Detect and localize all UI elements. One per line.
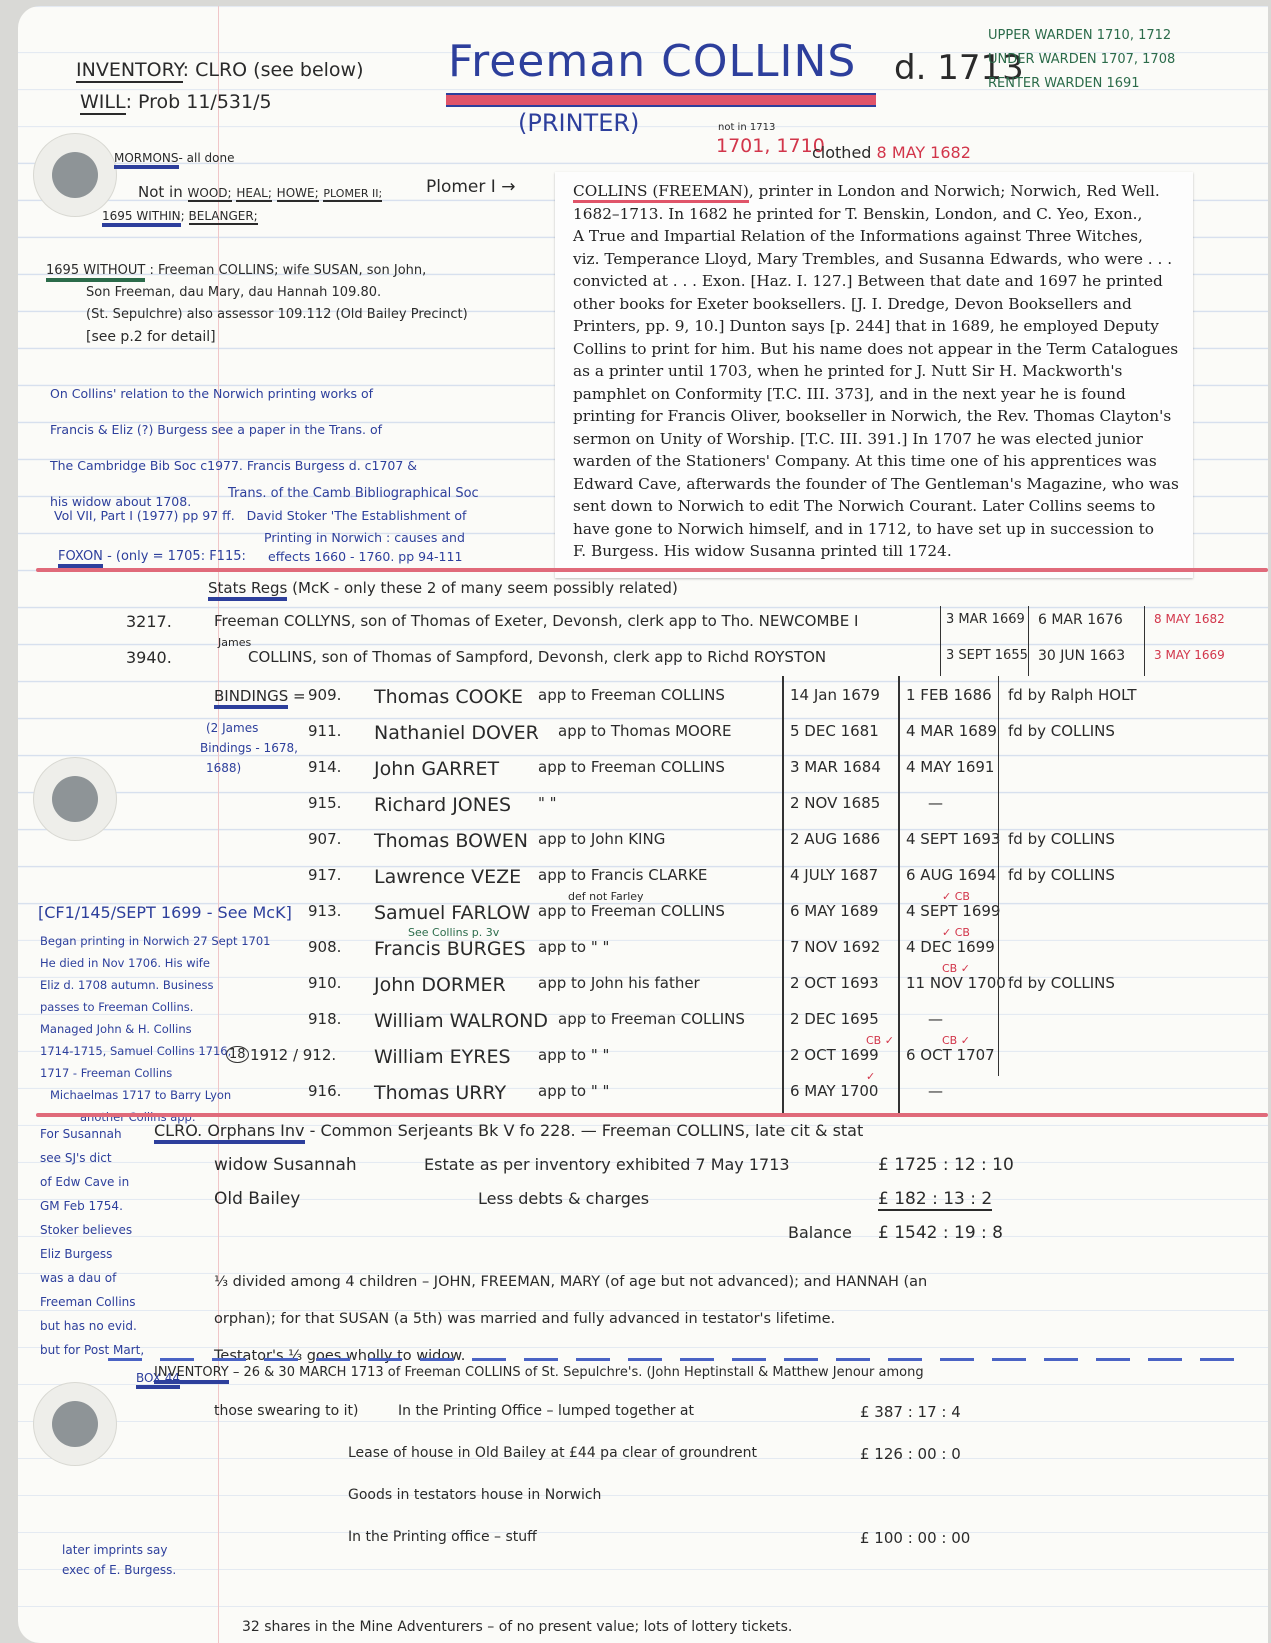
bound-date: 2 OCT 1699	[790, 1046, 879, 1064]
table-column-line	[898, 676, 900, 1114]
debts-label: Less debts & charges	[478, 1190, 649, 1208]
master-name: app to Freeman COLLINS	[538, 902, 725, 920]
clipping-line: sermon on Unity of Worship. [T.C. III. 3…	[573, 428, 1185, 451]
inventory-last-line: 32 shares in the Mine Adventurers – of n…	[242, 1620, 792, 1635]
clothed-label: clothed	[812, 143, 871, 162]
master-name: app to John KING	[538, 830, 665, 848]
apprentice-name: William EYRES	[374, 1046, 511, 1068]
freed-by-note: fd by Ralph HOLT	[1008, 686, 1137, 704]
title-first-name: Freeman	[448, 36, 646, 87]
binding-number: 909.	[308, 686, 341, 704]
master-name: app to Francis CLARKE	[538, 866, 707, 884]
clipping-line: other books for Exeter booksellers. [J. …	[573, 293, 1185, 316]
freed-date: 6 AUG 1694	[906, 866, 996, 884]
inventory-item-label: Lease of house in Old Bailey at £44 pa c…	[348, 1446, 757, 1461]
freed-date: 4 SEPT 1693	[906, 830, 1000, 848]
section-divider	[36, 568, 1268, 572]
balance-label: Balance	[788, 1224, 852, 1242]
binding-number: 916.	[308, 1082, 341, 1100]
clipping-head: COLLINS (FREEMAN)	[573, 182, 749, 203]
inventory-item-label: In the Printing office – stuff	[348, 1530, 537, 1545]
apprentice-name: William WALROND	[374, 1010, 548, 1032]
apprentice-name: Nathaniel DOVER	[374, 722, 539, 744]
bound-date: 6 MAY 1700	[790, 1082, 878, 1100]
printed-clipping: COLLINS (FREEMAN), printer in London and…	[555, 172, 1193, 578]
title-underline	[446, 93, 876, 107]
trans-reference-4: effects 1660 - 1760. pp 94-111	[268, 550, 462, 564]
table-column-line	[782, 676, 784, 1114]
will-ref: WILL: Prob 11/531/5	[80, 92, 272, 113]
inventory-heading: INVENTORY – 26 & 30 MARCH 1713 of Freema…	[154, 1366, 924, 1380]
freed-date: 1 FEB 1686	[906, 686, 992, 704]
bound-date: 3 MAR 1684	[790, 758, 881, 776]
reg-number: 3940.	[126, 648, 172, 667]
clothed-date: 8 MAY 1682	[877, 143, 971, 162]
inventory-item-label: Goods in testators house in Norwich	[348, 1488, 601, 1503]
bound-date: 7 NOV 1692	[790, 938, 880, 956]
warden-upper: UPPER WARDEN 1710, 1712	[988, 24, 1175, 48]
bound-date: 14 Jan 1679	[790, 686, 880, 704]
mormons-note: MORMONS- all done	[114, 152, 234, 165]
apprentice-name: John DORMER	[374, 974, 506, 996]
clipping-line: sent down to Norwich to edit The Norwich…	[573, 495, 1185, 518]
clipping-line: pamphlet on Conformity [T.C. III. 373], …	[573, 383, 1185, 406]
master-name: app to Thomas MOORE	[558, 722, 732, 740]
apprentice-name: Francis BURGES	[374, 938, 526, 960]
master-name: app to " "	[538, 1082, 609, 1100]
section-divider	[36, 1113, 1268, 1117]
binding-number: 907.	[308, 830, 341, 848]
apprentice-name: Samuel FARLOW	[374, 902, 530, 924]
apprentice-name: Thomas COOKE	[374, 686, 523, 708]
stats-regs-row: 3217.Freeman COLLYNS, son of Thomas of E…	[18, 612, 1268, 650]
freed-date: 6 OCT 1707	[906, 1046, 995, 1064]
clipping-line: Edward Cave, afterwards the founder of T…	[573, 473, 1185, 496]
bound-check-mark: CB ✓	[866, 1034, 894, 1047]
clipping-line: viz. Temperance Lloyd, Mary Trembles, an…	[573, 248, 1185, 271]
reg-correction: James	[218, 636, 251, 649]
bound-date: 4 JULY 1687	[790, 866, 878, 884]
master-name: app to " "	[538, 938, 609, 956]
clipping-line: printing for Francis Oliver, bookseller …	[573, 405, 1185, 428]
inventory-value: : CLRO (see below)	[183, 59, 364, 81]
clipping-line: Printers, pp. 9, 10.] Dunton says [p. 24…	[573, 315, 1185, 338]
imprints-side-note: later imprints say exec of E. Burgess.	[62, 1540, 176, 1580]
within-line: 1695 WITHIN; BELANGER;	[102, 210, 258, 223]
reg-entry: COLLINS, son of Thomas of Sampford, Devo…	[248, 648, 826, 666]
inventory-item-value: £ 100 : 00 : 00	[860, 1530, 970, 1547]
balance-value: £ 1542 : 19 : 8	[878, 1224, 1003, 1243]
binding-row: 914.John GARRETapp to Freeman COLLINS3 M…	[18, 758, 1268, 796]
bound-date: 5 DEC 1681	[790, 722, 879, 740]
apprentice-name: Richard JONES	[374, 794, 511, 816]
trans-reference: Trans. of the Camb Bibliographical Soc	[228, 484, 479, 504]
freed-date: 4 MAR 1689	[906, 722, 997, 740]
reg-clothed: 3 MAY 1669	[1154, 648, 1225, 662]
mormons-label: MORMONS	[114, 151, 179, 169]
not-in-sources: Not in WOOD; HEAL; HOWE; PLOMER II;	[138, 184, 382, 201]
reg-bound: 3 MAR 1669	[946, 612, 1025, 627]
punch-hole	[52, 1401, 98, 1447]
table-column-line	[940, 606, 941, 676]
wardens-list: UPPER WARDEN 1710, 1712 UNDER WARDEN 170…	[988, 24, 1175, 96]
without-note: 1695 WITHOUT : Freeman COLLINS; wife SUS…	[46, 260, 468, 348]
will-value: : Prob 11/531/5	[126, 91, 272, 113]
reg-clothed: 8 MAY 1682	[1154, 612, 1225, 626]
master-name: app to John his father	[538, 974, 700, 992]
orphans-heading: CLRO. Orphans Inv - Common Serjeants Bk …	[154, 1122, 863, 1140]
clipping-line: warden of the Stationers' Company. At th…	[573, 450, 1185, 473]
binding-number: 914.	[308, 758, 341, 776]
warden-under: UNDER WARDEN 1707, 1708	[988, 48, 1175, 72]
widow-name: widow Susannah	[214, 1156, 357, 1175]
freed-date: 4 DEC 1699	[906, 938, 995, 956]
binding-number: 910.	[308, 974, 341, 992]
binding-number: 908.	[308, 938, 341, 956]
bound-date: 2 AUG 1686	[790, 830, 880, 848]
freed-by-note: fd by COLLINS	[1008, 866, 1115, 884]
bound-date: 2 DEC 1695	[790, 1010, 879, 1028]
reg-entry: Freeman COLLYNS, son of Thomas of Exeter…	[214, 612, 858, 630]
freed-check-mark: CB ✓	[942, 1034, 970, 1047]
reg-freed: 30 JUN 1663	[1038, 648, 1125, 664]
apprentice-name: John GARRET	[374, 758, 499, 780]
apprentice-name: Thomas URRY	[374, 1082, 506, 1104]
estate-label: Estate as per inventory exhibited 7 May …	[424, 1156, 790, 1174]
freed-check-mark: CB ✓	[942, 962, 970, 975]
clipping-line: have gone to Norwich himself, and in 171…	[573, 518, 1185, 541]
table-column-line	[1144, 606, 1145, 676]
inventory-label: INVENTORY	[76, 59, 183, 83]
warden-renter: RENTER WARDEN 1691	[988, 72, 1175, 96]
binding-row: 911.Nathaniel DOVERapp to Thomas MOORE5 …	[18, 722, 1268, 760]
not-in-note: not in 1713	[718, 122, 775, 133]
stats-regs-heading: Stats Regs (McK - only these 2 of many s…	[208, 580, 678, 597]
clipping-body: 1682–1713. In 1682 he printed for T. Ben…	[555, 203, 1193, 563]
freed-date: —	[928, 1010, 943, 1028]
punch-hole	[52, 152, 98, 198]
freed-check-mark: ✓ CB	[942, 890, 970, 903]
foxon-note: FOXON - (only = 1705: F115:	[58, 550, 246, 564]
clipping-line: F. Burgess. His widow Susanna printed ti…	[573, 540, 1185, 563]
inventory-sworn: those swearing to it)	[214, 1404, 358, 1419]
inventory-item-value: £ 387 : 17 : 4	[860, 1404, 961, 1421]
binding-number: 915.	[308, 794, 341, 812]
bound-date: 2 OCT 1693	[790, 974, 879, 992]
table-column-line	[1028, 606, 1029, 676]
master-name: app to " "	[538, 1046, 609, 1064]
page-title: Freeman COLLINS	[448, 38, 856, 86]
master-name: app to Freeman COLLINS	[538, 686, 725, 704]
apprentice-name: Thomas BOWEN	[374, 830, 528, 852]
bound-date: 2 NOV 1685	[790, 794, 880, 812]
table-column-line	[998, 676, 999, 1076]
inventory-item-label: In the Printing Office – lumped together…	[398, 1404, 694, 1419]
title-surname: COLLINS	[661, 36, 856, 87]
clipping-line: convicted at . . . Exon. [Haz. I. 127.] …	[573, 270, 1185, 293]
trans-reference-2: Vol VII, Part I (1977) pp 97 ff. David S…	[54, 506, 466, 526]
reg-freed: 6 MAR 1676	[1038, 612, 1123, 628]
cf-note-heading: [CF1/145/SEPT 1699 - See McK]	[38, 904, 292, 922]
master-name: app to Freeman COLLINS	[558, 1010, 745, 1028]
freed-by-note: fd by COLLINS	[1008, 722, 1115, 740]
occupation: (PRINTER)	[518, 110, 639, 136]
bound-date: 6 MAY 1689	[790, 902, 878, 920]
reg-number: 3217.	[126, 612, 172, 631]
freed-date: —	[928, 794, 943, 812]
stats-regs-row: 3940.JamesCOLLINS, son of Thomas of Samp…	[18, 648, 1268, 686]
reg-bound: 3 SEPT 1655	[946, 648, 1028, 663]
freed-date: 4 MAY 1691	[906, 758, 994, 776]
binding-row: 907.Thomas BOWENapp to John KING2 AUG 16…	[18, 830, 1268, 868]
master-name: app to Freeman COLLINS	[538, 758, 725, 776]
widow-address: Old Bailey	[214, 1190, 300, 1209]
freed-date: 11 NOV 1700	[906, 974, 1006, 992]
without-label: 1695 WITHOUT	[46, 263, 145, 282]
bound-check-mark: ✓	[866, 1070, 875, 1083]
binding-number: 917.	[308, 866, 341, 884]
binding-number: 918.	[308, 1010, 341, 1028]
master-name: " "	[538, 794, 557, 812]
binding-row: 909.Thomas COOKEapp to Freeman COLLINS14…	[18, 686, 1268, 724]
freed-by-note: fd by COLLINS	[1008, 974, 1115, 992]
clothed-line: clothed 8 MAY 1682	[812, 144, 971, 162]
cf-note-text: Began printing in Norwich 27 Sept 1701He…	[40, 930, 270, 1128]
estate-value: £ 1725 : 12 : 10	[878, 1156, 1014, 1175]
dashed-divider	[108, 1358, 1238, 1361]
clipping-line: as a printer until 1703, when he printed…	[573, 360, 1185, 383]
binding-number: 913.	[308, 902, 341, 920]
inventory-ref: INVENTORY: CLRO (see below)	[76, 60, 364, 81]
will-label: WILL	[80, 91, 126, 115]
years-red: 1701, 1710	[716, 136, 825, 157]
freed-date: 4 SEPT 1699	[906, 902, 1000, 920]
apprentice-note: See Collins p. 3v	[408, 926, 499, 939]
trans-reference-3: Printing in Norwich : causes and	[264, 528, 465, 548]
clipping-line: 1682–1713. In 1682 he printed for T. Ben…	[573, 203, 1185, 226]
clipping-line: Collins to print for him. But his name d…	[573, 338, 1185, 361]
clipping-line: A True and Impartial Relation of the Inf…	[573, 225, 1185, 248]
debts-value: £ 182 : 13 : 2	[878, 1190, 992, 1211]
binding-number: 911.	[308, 722, 341, 740]
freed-by-note: fd by COLLINS	[1008, 830, 1115, 848]
freed-check-mark: ✓ CB	[942, 926, 970, 939]
freed-date: —	[928, 1082, 943, 1100]
plomer-reference: Plomer I →	[426, 178, 515, 197]
binding-row: 915.Richard JONES" "2 NOV 1685—	[18, 794, 1268, 832]
notebook-page: INVENTORY: CLRO (see below) WILL: Prob 1…	[18, 6, 1268, 1643]
susannah-side-note: For Susannahsee SJ's dictof Edw Cave inG…	[40, 1122, 144, 1362]
inventory-item-value: £ 126 : 00 : 0	[860, 1446, 961, 1463]
apprentice-name: Lawrence VEZE	[374, 866, 521, 888]
